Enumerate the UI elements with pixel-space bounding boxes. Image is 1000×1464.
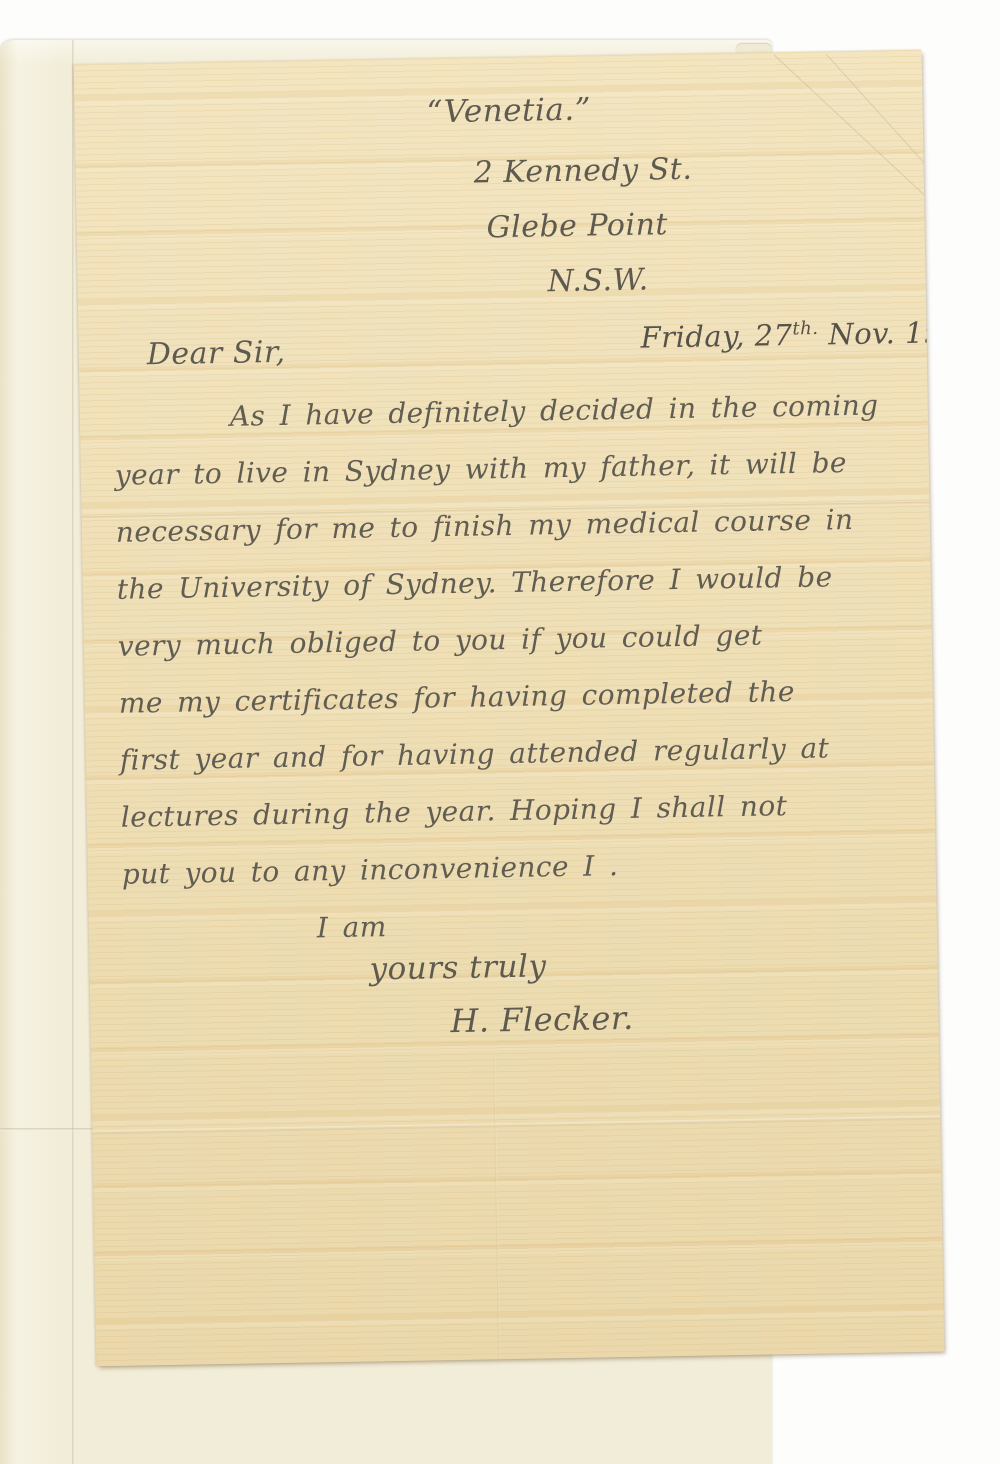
date-prefix: Friday, 27 xyxy=(640,318,793,355)
date-ordinal-suffix: th. xyxy=(792,318,818,339)
closing-valediction: yours truly xyxy=(369,948,547,987)
address-state: N.S.W. xyxy=(547,263,649,300)
date-rest: Nov. 1903 xyxy=(818,315,944,352)
signature: H. Flecker. xyxy=(450,999,634,1040)
horizontal-fold-crease xyxy=(0,1128,105,1131)
salutation: Dear Sir, xyxy=(146,335,285,372)
corner-fold-crease-1 xyxy=(773,55,944,217)
address-suburb: Glebe Point xyxy=(486,207,668,245)
corner-fold-crease-2 xyxy=(825,54,944,197)
vertical-fold-crease xyxy=(72,40,75,1464)
letter-body: As I have definitely decided in the comi… xyxy=(113,376,919,960)
letter-date: Friday, 27th. Nov. 1903 xyxy=(640,315,944,355)
letter-horizontal-crease-lower xyxy=(92,1116,940,1135)
scanned-letter-image: “Venetia.” 2 Kennedy St. Glebe Point N.S… xyxy=(0,0,1000,1464)
house-name: “Venetia.” xyxy=(426,91,591,130)
letter-vertical-crease xyxy=(493,1057,500,1359)
letter-page: “Venetia.” 2 Kennedy St. Glebe Point N.S… xyxy=(74,50,945,1367)
address-street: 2 Kennedy St. xyxy=(473,152,692,191)
